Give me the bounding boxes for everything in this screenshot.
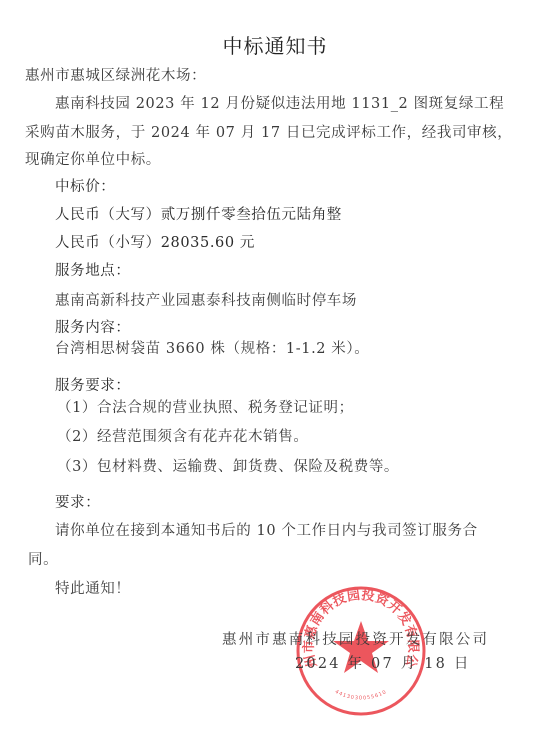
addressee: 惠州市惠城区绿洲花木场：: [25, 64, 206, 85]
signature-company: 惠州市惠南科技园投资开发有限公司: [222, 628, 489, 649]
content-label: 服务内容：: [55, 316, 131, 337]
requirements-line-2: 同。: [28, 548, 58, 569]
service-requirement-item-2: （2）经营范围须含有花卉花木销售。: [57, 425, 308, 446]
intro-line-3: 现确定你单位中标。: [25, 148, 161, 169]
seal-number: 4413030055610: [334, 689, 388, 702]
document-title: 中标通知书: [0, 30, 550, 59]
location-value: 惠南高新科技产业园惠泰科技南侧临时停车场: [55, 289, 357, 310]
service-requirements-label: 服务要求：: [55, 374, 131, 395]
location-label: 服务地点：: [55, 259, 131, 280]
content-value: 台湾相思树袋苗 3660 株（规格：1-1.2 米）。: [55, 337, 369, 358]
requirements-line-1: 请你单位在接到本通知书后的 10 个工作日内与我司签订服务合: [55, 519, 478, 540]
intro-line-1: 惠南科技园 2023 年 12 月份疑似违法用地 1131_2 图斑复绿工程: [55, 92, 504, 113]
company-seal-icon: 惠州市惠南科技园投资开发有限公司 4413030055610: [293, 583, 429, 719]
service-requirement-item-1: （1）合法合规的营业执照、税务登记证明；: [57, 396, 354, 417]
notice-document: 中标通知书 惠州市惠城区绿洲花木场： 惠南科技园 2023 年 12 月份疑似违…: [0, 0, 550, 737]
price-label: 中标价：: [55, 175, 115, 196]
closing-text: 特此通知！: [55, 577, 131, 598]
price-lowercase: 人民币（小写）28035.60 元: [55, 231, 255, 252]
requirements-label: 要求：: [55, 491, 100, 512]
service-requirement-item-3: （3）包材料费、运输费、卸货费、保险及税费等。: [57, 455, 399, 476]
signature-date: 2024 年 07 月 18 日: [295, 652, 471, 673]
price-uppercase: 人民币（大写）贰万捌仟零叁拾伍元陆角整: [55, 203, 342, 224]
intro-line-2: 采购苗木服务，于 2024 年 07 月 17 日已完成评标工作，经我司审核，: [25, 121, 512, 142]
svg-text:4413030055610: 4413030055610: [334, 689, 388, 702]
